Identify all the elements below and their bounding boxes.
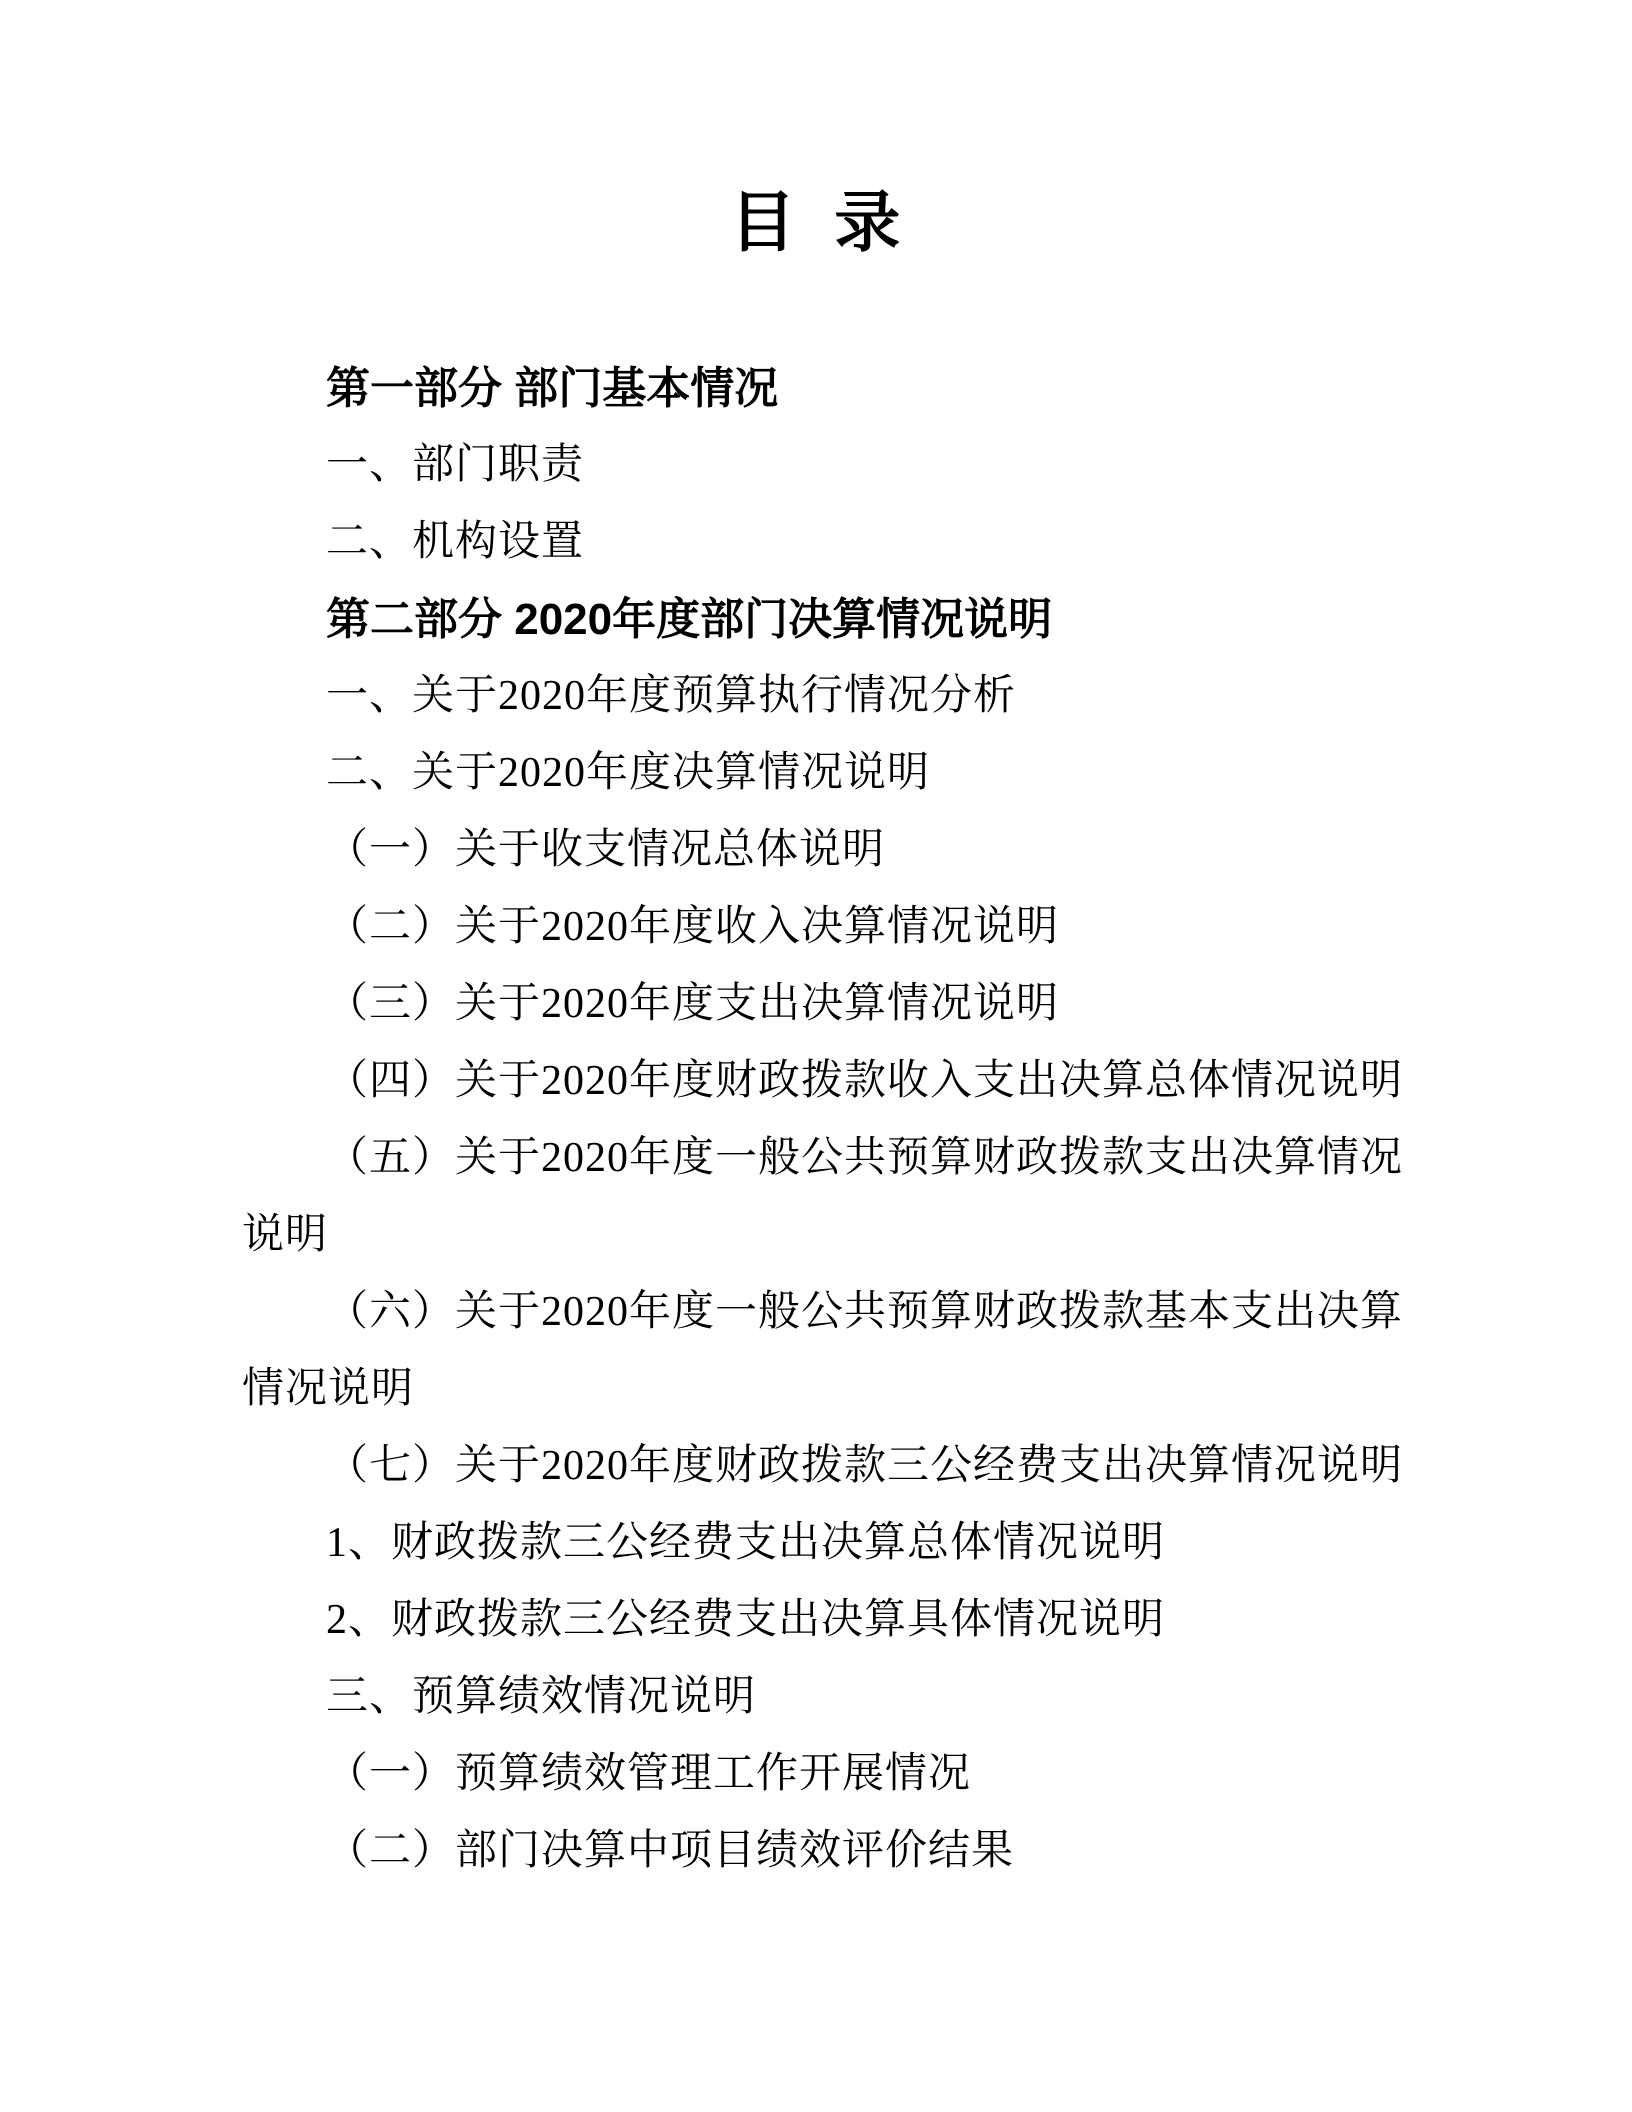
toc-entry: 1、财政拨款三公经费支出决算总体情况说明 [242, 1505, 1390, 1582]
toc-entry: 2、财政拨款三公经费支出决算具体情况说明 [242, 1582, 1390, 1659]
toc-lines: 第一部分 部门基本情况一、部门职责二、机构设置第二部分 2020年度部门决算情况… [242, 350, 1390, 1890]
toc-entry: 一、关于2020年度预算执行情况分析 [242, 658, 1390, 735]
toc-section-heading: 第二部分 2020年度部门决算情况说明 [242, 581, 1390, 658]
toc-section-heading: 第一部分 部门基本情况 [242, 350, 1390, 427]
toc-entry: （二）部门决算中项目绩效评价结果 [242, 1813, 1390, 1890]
toc-entry: （七）关于2020年度财政拨款三公经费支出决算情况说明 [242, 1428, 1390, 1505]
toc-line-wrap-continuation: 说明 [242, 1197, 1390, 1274]
document-page: 目 录 第一部分 部门基本情况一、部门职责二、机构设置第二部分 2020年度部门… [0, 0, 1632, 2112]
toc-entry: 一、部门职责 [242, 427, 1390, 504]
page-title: 目 录 [242, 178, 1390, 270]
toc-entry: （二）关于2020年度收入决算情况说明 [242, 889, 1390, 966]
toc-entry: 二、关于2020年度决算情况说明 [242, 735, 1390, 812]
toc-entry: 二、机构设置 [242, 504, 1390, 581]
toc-entry: （三）关于2020年度支出决算情况说明 [242, 966, 1390, 1043]
toc-entry: （四）关于2020年度财政拨款收入支出决算总体情况说明 [242, 1043, 1390, 1120]
toc-entry: （一）关于收支情况总体说明 [242, 812, 1390, 889]
toc-entry: （六）关于2020年度一般公共预算财政拨款基本支出决算 [242, 1274, 1390, 1351]
toc-entry: （五）关于2020年度一般公共预算财政拨款支出决算情况 [242, 1120, 1390, 1197]
toc-entry: （一）预算绩效管理工作开展情况 [242, 1736, 1390, 1813]
toc-line-wrap-continuation: 情况说明 [242, 1351, 1390, 1428]
toc-entry: 三、预算绩效情况说明 [242, 1659, 1390, 1736]
